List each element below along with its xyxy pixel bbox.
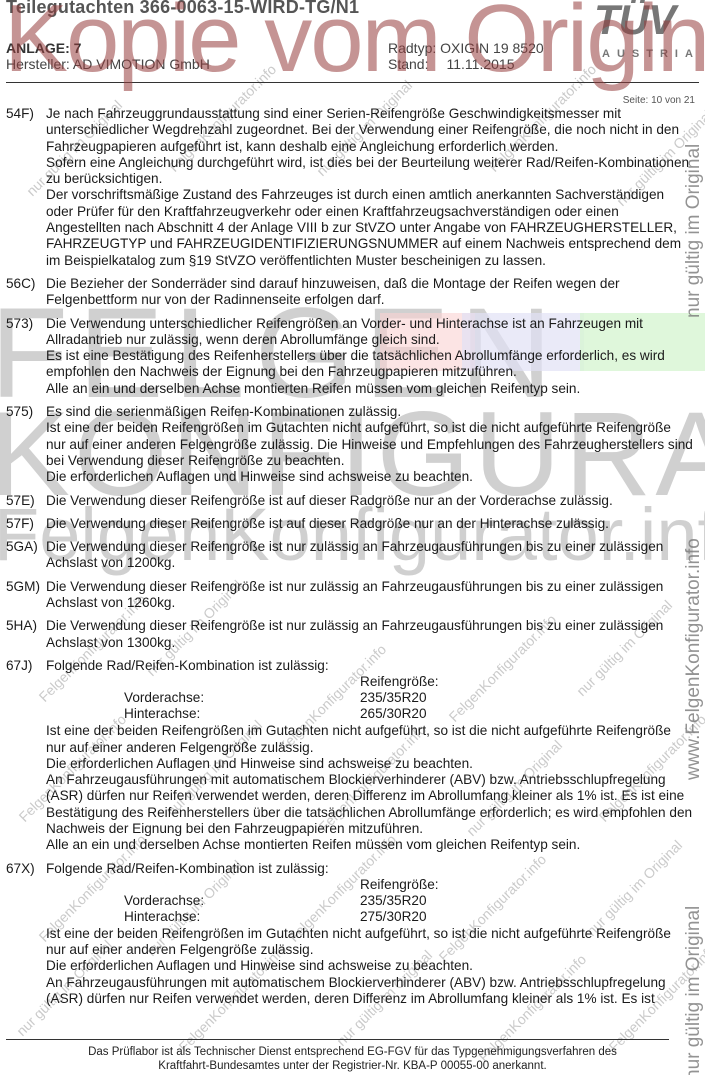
note-paragraph: Die erforderlichen Auflagen und Hinweise… (46, 469, 693, 485)
combo-header: Reifengröße: (360, 674, 439, 690)
note-body: Die Verwendung dieser Reifengröße ist nu… (46, 618, 693, 651)
note-body: Die Bezieher der Sonderräder sind darauf… (46, 276, 693, 309)
note-code: 5HA) (6, 618, 37, 634)
radtyp-label: Radtyp: (388, 40, 436, 56)
tuv-logo-mark: TÜV (594, 0, 675, 44)
note-paragraph: Ist eine der beiden Reifengrößen im Guta… (46, 723, 693, 756)
note-paragraph: Sofern eine Angleichung durchgeführt wir… (46, 155, 693, 188)
note-body: Die Verwendung dieser Reifengröße ist au… (46, 516, 693, 532)
radtyp-line: Radtyp: OXIGIN 19 8520 (388, 40, 544, 56)
note-paragraph: Es sind die serienmäßigen Reifen-Kombina… (46, 404, 693, 420)
note-item: 56C)Die Bezieher der Sonderräder sind da… (0, 276, 705, 309)
note-code: 57F) (6, 516, 34, 532)
note-item: 57E)Die Verwendung dieser Reifengröße is… (0, 493, 705, 509)
note-code: 573) (6, 316, 33, 332)
anlage-label: ANLAGE: 7 (6, 40, 81, 56)
note-paragraph: Die Verwendung dieser Reifengröße ist au… (46, 516, 693, 532)
note-item: 5GA)Die Verwendung dieser Reifengröße is… (0, 539, 705, 572)
note-body: Die Verwendung dieser Reifengröße ist au… (46, 493, 693, 509)
combo-tire-size: 235/35R20 (360, 893, 427, 909)
note-paragraph: Alle an ein und derselben Achse montiert… (46, 837, 693, 853)
combo-axle: Vorderachse: (124, 690, 204, 706)
note-paragraph: Die Verwendung dieser Reifengröße ist nu… (46, 579, 693, 612)
note-intro: Folgende Rad/Reifen-Kombination ist zulä… (46, 658, 693, 674)
tire-combination-table: Reifengröße:Vorderachse:235/35R20Hintera… (46, 877, 693, 926)
note-paragraph: Die erforderlichen Auflagen und Hinweise… (46, 756, 693, 772)
tuv-austria-logo: TÜV AUSTRIA (582, 2, 700, 72)
combo-tire-size: 235/35R20 (360, 690, 427, 706)
note-paragraph: Alle an ein und derselben Achse montiert… (46, 381, 693, 397)
note-body: Die Verwendung dieser Reifengröße ist nu… (46, 539, 693, 572)
radtyp-value: OXIGIN 19 8520 (440, 40, 544, 56)
note-item: 57F)Die Verwendung dieser Reifengröße is… (0, 516, 705, 532)
note-code: 5GA) (6, 539, 38, 555)
document-title: Teilegutachten 366-0063-15-WIRD-TG/N1 (6, 0, 359, 18)
note-paragraph: Es ist eine Bestätigung des Reifenherste… (46, 348, 693, 381)
footer-line-1: Das Prüflabor ist als Technischer Dienst… (0, 1045, 705, 1059)
page-number: Seite: 10 von 21 (623, 95, 695, 106)
note-paragraph: Die Verwendung dieser Reifengröße ist au… (46, 493, 693, 509)
note-item: 54F)Je nach Fahrzeuggrundausstattung sin… (0, 106, 705, 269)
note-paragraph: An Fahrzeugausführungen mit automatische… (46, 975, 693, 1008)
tuv-logo-subtitle: AUSTRIA (602, 48, 700, 60)
note-item: 67X)Folgende Rad/Reifen-Kombination ist … (0, 861, 705, 1008)
stand-label: Stand: (388, 56, 428, 72)
note-item: 5GM)Die Verwendung dieser Reifengröße is… (0, 579, 705, 612)
note-paragraph: Die Verwendung unterschiedlicher Reifeng… (46, 316, 693, 349)
combo-axle: Hinterachse: (124, 706, 200, 722)
note-body: Die Verwendung dieser Reifengröße ist nu… (46, 579, 693, 612)
hersteller-line: Hersteller: AD VIMOTION GmbH (6, 56, 210, 72)
note-body: Es sind die serienmäßigen Reifen-Kombina… (46, 404, 693, 485)
combo-axle: Vorderachse: (124, 893, 204, 909)
note-paragraph: Die Bezieher der Sonderräder sind darauf… (46, 276, 693, 309)
note-paragraph: An Fahrzeugausführungen mit automatische… (46, 772, 693, 837)
note-code: 54F) (6, 106, 34, 122)
notes-list: 54F)Je nach Fahrzeuggrundausstattung sin… (0, 106, 705, 1014)
note-paragraph: Je nach Fahrzeuggrundausstattung sind ei… (46, 106, 693, 155)
header-divider (6, 82, 699, 83)
hersteller-value: AD VIMOTION GmbH (73, 56, 210, 72)
note-paragraph: Die Verwendung dieser Reifengröße ist nu… (46, 618, 693, 651)
stand-value: 11.11.2015 (446, 56, 514, 72)
combo-header: Reifengröße: (360, 877, 439, 893)
note-paragraph: Die erforderlichen Auflagen und Hinweise… (46, 958, 693, 974)
note-code: 67X) (6, 861, 35, 877)
note-body: Die Verwendung unterschiedlicher Reifeng… (46, 316, 693, 397)
note-code: 575) (6, 404, 33, 420)
note-paragraph: Ist eine der beiden Reifengrößen im Guta… (46, 420, 693, 469)
note-body: Je nach Fahrzeuggrundausstattung sind ei… (46, 106, 693, 269)
note-item: 573)Die Verwendung unterschiedlicher Rei… (0, 316, 705, 397)
combo-tire-size: 265/30R20 (360, 706, 427, 722)
note-paragraph: Der vorschriftsmäßige Zustand des Fahrze… (46, 187, 693, 268)
note-paragraph: Die Verwendung dieser Reifengröße ist nu… (46, 539, 693, 572)
note-code: 57E) (6, 493, 35, 509)
note-code: 56C) (6, 276, 35, 292)
footer-divider (6, 1039, 669, 1040)
note-body: Folgende Rad/Reifen-Kombination ist zulä… (46, 861, 693, 1008)
tire-combination-table: Reifengröße:Vorderachse:235/35R20Hintera… (46, 674, 693, 723)
combo-axle: Hinterachse: (124, 909, 200, 925)
footer-line-2: Kraftfahrt-Bundesamtes unter der Registr… (0, 1059, 705, 1073)
note-body: Folgende Rad/Reifen-Kombination ist zulä… (46, 658, 693, 854)
note-paragraph: Ist eine der beiden Reifengrößen im Guta… (46, 926, 693, 959)
stand-line: Stand:11.11.2015 (388, 56, 514, 72)
note-item: 575)Es sind die serienmäßigen Reifen-Kom… (0, 404, 705, 485)
note-code: 5GM) (6, 579, 40, 595)
footer-text: Das Prüflabor ist als Technischer Dienst… (0, 1045, 705, 1073)
hersteller-label: Hersteller: (6, 56, 70, 72)
note-item: 67J)Folgende Rad/Reifen-Kombination ist … (0, 658, 705, 854)
combo-tire-size: 275/30R20 (360, 909, 427, 925)
note-code: 67J) (6, 658, 32, 674)
note-item: 5HA)Die Verwendung dieser Reifengröße is… (0, 618, 705, 651)
note-intro: Folgende Rad/Reifen-Kombination ist zulä… (46, 861, 693, 877)
